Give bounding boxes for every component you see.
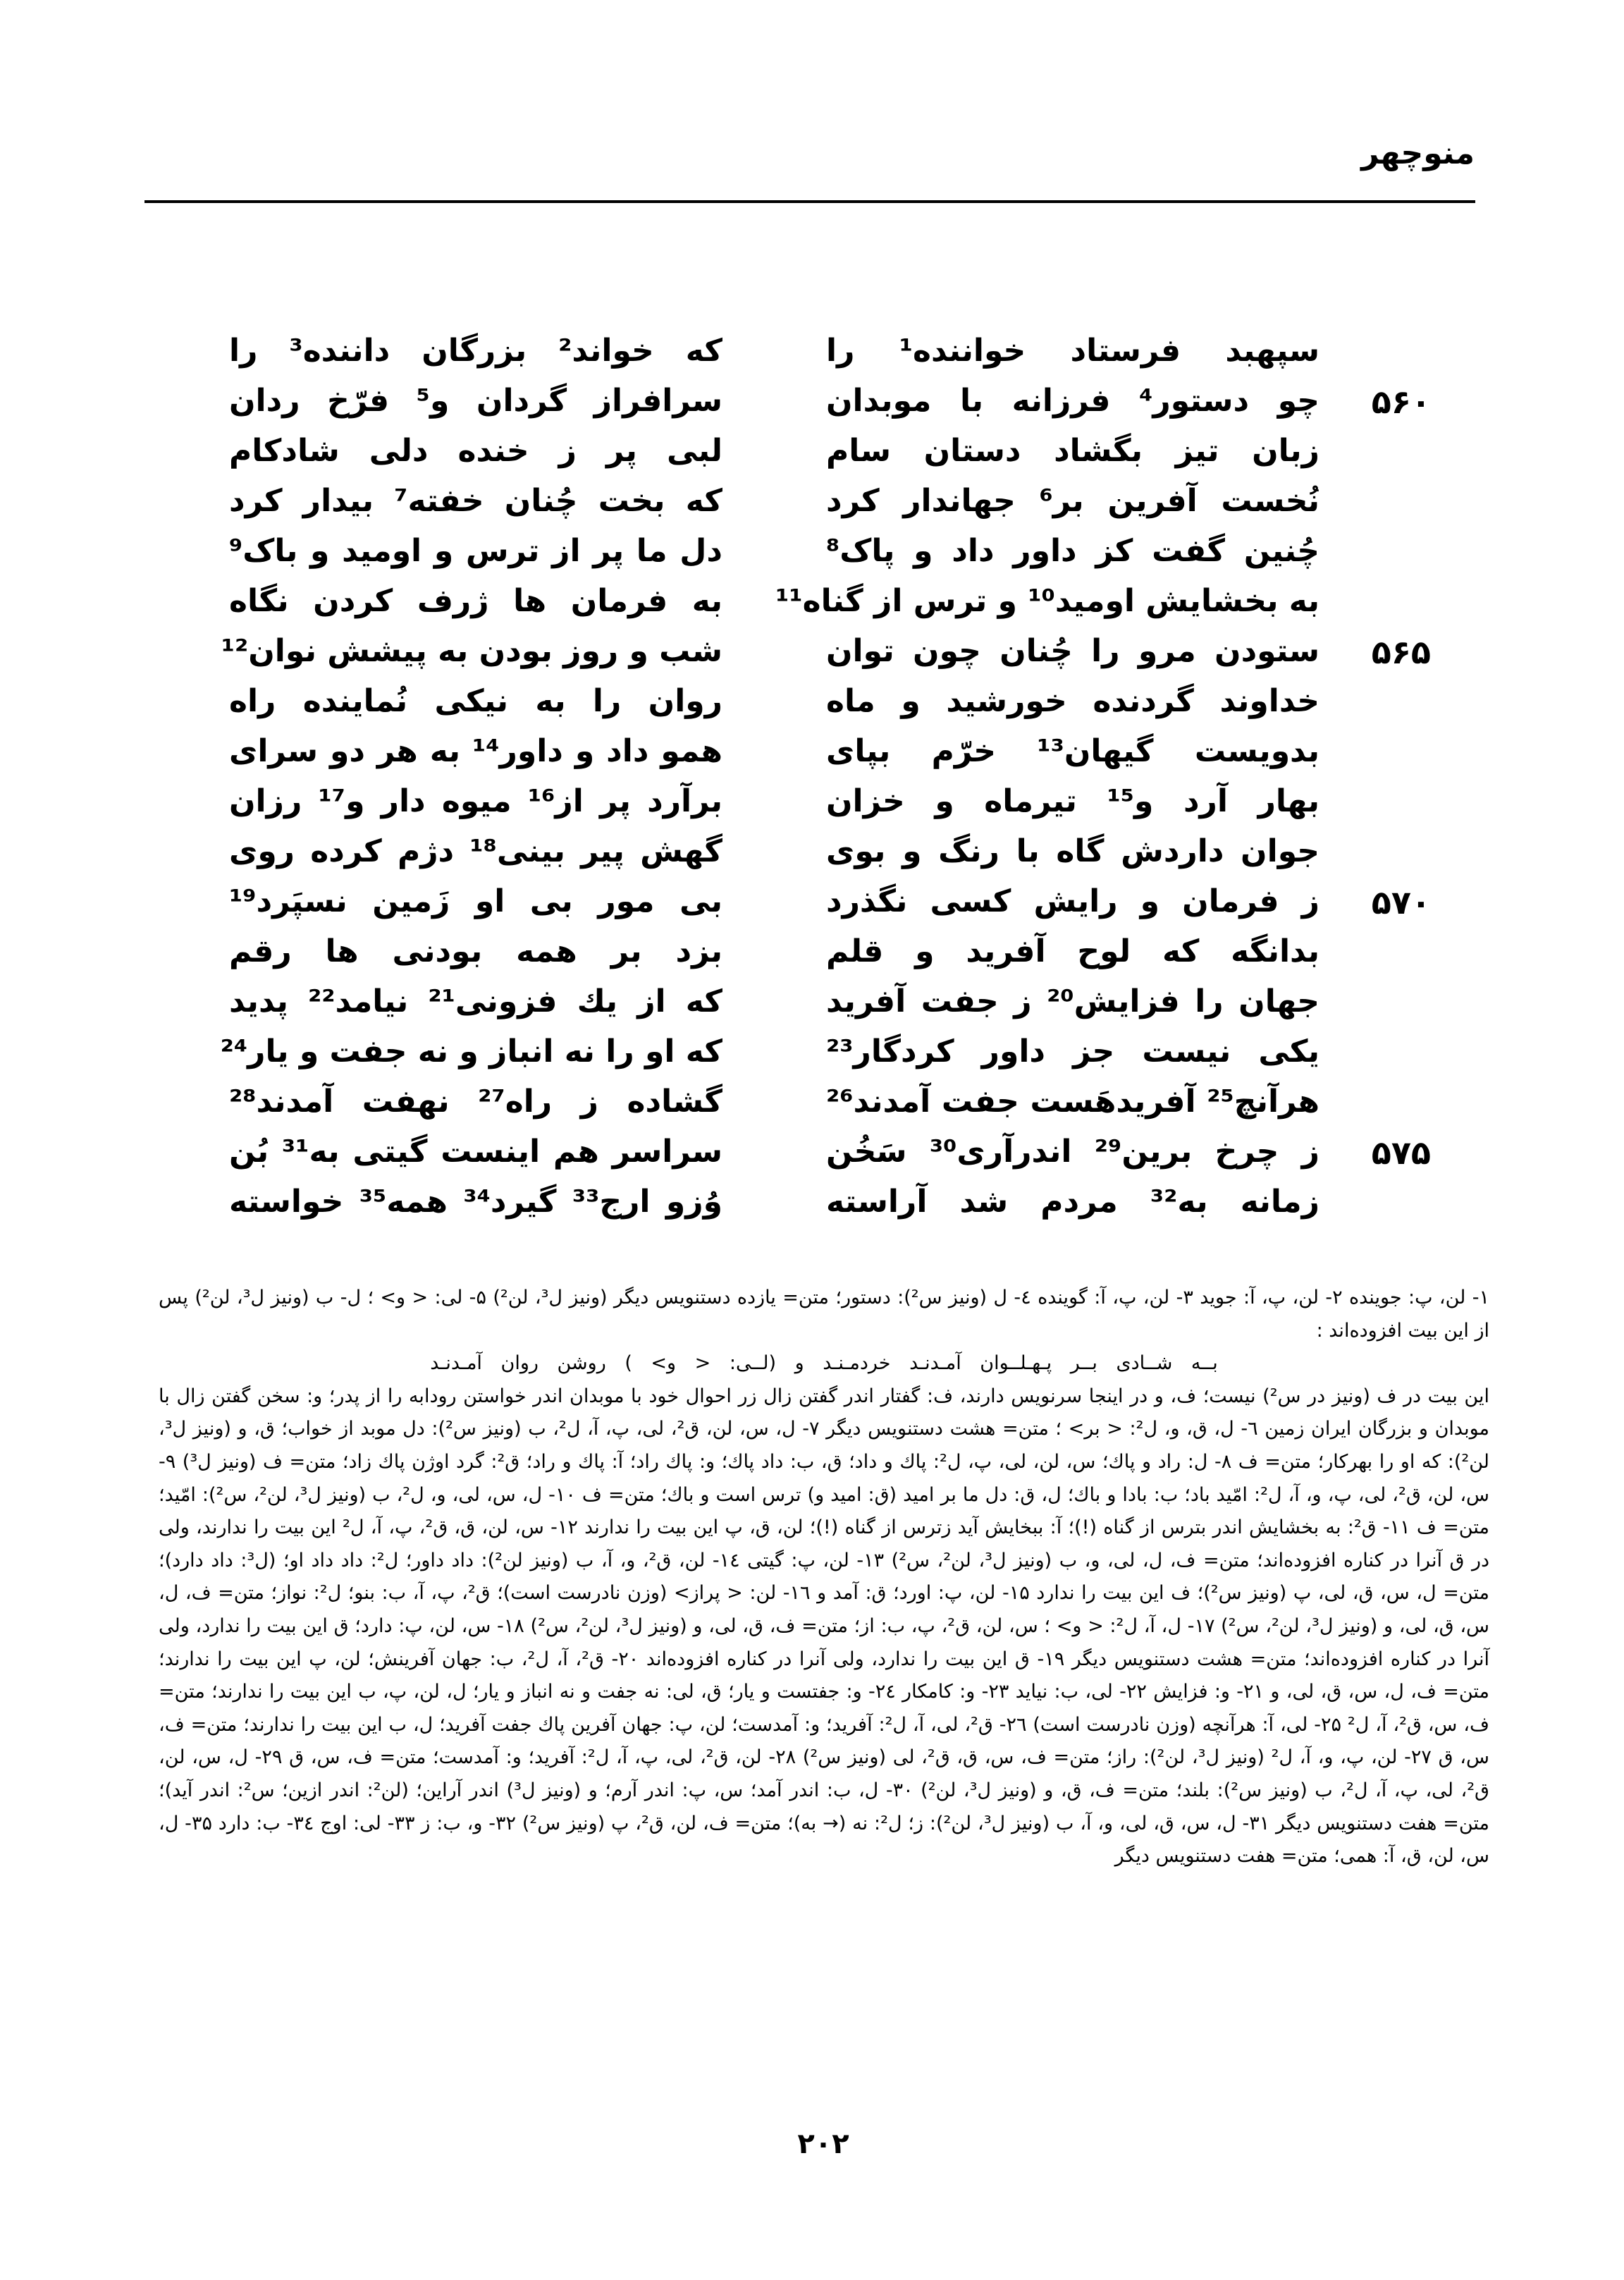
couplet: چُنین گفت کز داور داد و پاک⁸دل ما پر از … xyxy=(211,533,1431,583)
couplet: زبان تیز بگشاد دستان ساملبی پر ز خنده دل… xyxy=(211,433,1431,483)
second-hemistich: برآرد پر از¹⁶ میوه دار و¹⁷ رزان xyxy=(229,783,722,819)
couplet: بدانگه که لوح آفرید و قلمبزد بر همه بودن… xyxy=(211,933,1431,983)
first-hemistich: یکی نیست جز داور کردگار²³ xyxy=(826,1034,1319,1069)
second-hemistich: که خواند² بزرگان داننده³ را xyxy=(229,333,722,369)
page-number: ۲۰۲ xyxy=(795,2128,851,2160)
first-hemistich: چُنین گفت کز داور داد و پاک⁸ xyxy=(826,533,1319,569)
first-hemistich: زمانه به³² مردم شد آراسته xyxy=(826,1184,1319,1220)
second-hemistich: که او را نه انباز و نه جفت و یار²⁴ xyxy=(229,1034,722,1069)
couplet: سپهبد فرستاد خواننده¹ راکه خواند² بزرگان… xyxy=(211,333,1431,383)
second-hemistich: وُزو ارج³³ گیرد³⁴ همه³⁵ خواسته xyxy=(229,1184,722,1220)
first-hemistich: ستودن مرو را چُنان چون توان xyxy=(826,633,1319,669)
couplet: یکی نیست جز داور کردگار²³که او را نه انب… xyxy=(211,1034,1431,1084)
first-hemistich: نُخست آفرین بر⁶ جهاندار کرد xyxy=(826,483,1319,519)
verse-number: ۵۷۵ xyxy=(1353,1134,1431,1172)
couplet: ۵۶۵ستودن مرو را چُنان چون توانشب و روز ب… xyxy=(211,633,1431,683)
second-hemistich: سراسر هم اینست گیتی به³¹ بُن xyxy=(229,1134,722,1170)
couplet: خداوند گردنده خورشید و ماهروان را به نیک… xyxy=(211,683,1431,733)
couplet: جهان را فزایش²⁰ ز جفت آفریدکه از یك فزون… xyxy=(211,983,1431,1034)
first-hemistich: زبان تیز بگشاد دستان سام xyxy=(826,433,1319,469)
verse-number: ۵۷۰ xyxy=(1353,883,1431,921)
first-hemistich: خداوند گردنده خورشید و ماه xyxy=(826,683,1319,719)
couplet: جوان داردش گاه با رنگ و بویگهش پیر بینی¹… xyxy=(211,833,1431,883)
second-hemistich: لبی پر ز خنده دلی شادکام xyxy=(229,433,722,469)
header-rule xyxy=(144,200,1475,203)
verse-block: سپهبد فرستاد خواننده¹ راکه خواند² بزرگان… xyxy=(211,333,1431,1234)
second-hemistich: به فرمان ها ژرف کردن نگاه xyxy=(229,583,722,619)
second-hemistich: سرافراز گردان و⁵ فرّخ ردان xyxy=(229,383,722,419)
footnotes: ۱- لن، پ: جوینده ۲- لن، پ، آ: جوید ۳- لن… xyxy=(159,1282,1489,1873)
verse-number: ۵۶۰ xyxy=(1353,383,1431,421)
book-page: منوچهر سپهبد فرستاد خواننده¹ راکه خواند²… xyxy=(0,0,1624,2280)
couplet: ۵۷۰ز فرمان و رایش کسی نگذردبی مور بی او … xyxy=(211,883,1431,933)
second-hemistich: دل ما پر از ترس و اومید و باک⁹ xyxy=(229,533,722,569)
second-hemistich: که بخت چُنان خفته⁷ بیدار کرد xyxy=(229,483,722,519)
first-hemistich: هرآنچ²⁵ آفریدهَست جفت آمدند²⁶ xyxy=(826,1084,1319,1120)
first-hemistich: چو دستور⁴ فرزانه با موبدان xyxy=(826,383,1319,419)
couplet: هرآنچ²⁵ آفریدهَست جفت آمدند²⁶گشاده ز راه… xyxy=(211,1084,1431,1134)
couplet: نُخست آفرین بر⁶ جهاندار کردکه بخت چُنان … xyxy=(211,483,1431,533)
running-title: منوچهر xyxy=(1361,138,1475,169)
second-hemistich: گشاده ز راه²⁷ نهفت آمدند²⁸ xyxy=(229,1084,722,1120)
second-hemistich: که از یك فزونی²¹ نیامد²² پدید xyxy=(229,983,722,1019)
couplet: زمانه به³² مردم شد آراستهوُزو ارج³³ گیرد… xyxy=(211,1184,1431,1234)
couplet: به بخشایش اومید¹⁰ و ترس از گناه¹¹به فرما… xyxy=(211,583,1431,633)
verse-number: ۵۶۵ xyxy=(1353,633,1431,671)
second-hemistich: همو داد و داور¹⁴ به هر دو سرای xyxy=(229,733,722,769)
couplet: ۵۷۵ز چرخ برین²⁹ اندرآری³⁰ سَخُنسراسر هم … xyxy=(211,1134,1431,1184)
second-hemistich: بزد بر همه بودنی ها رقم xyxy=(229,933,722,969)
footnotes-part-2: این بیت در ف (ونیز در س²) نیست؛ ف، و در … xyxy=(159,1385,1489,1867)
first-hemistich: جوان داردش گاه با رنگ و بوی xyxy=(826,833,1319,869)
first-hemistich: به بخشایش اومید¹⁰ و ترس از گناه¹¹ xyxy=(826,583,1319,619)
couplet: ۵۶۰چو دستور⁴ فرزانه با موبدانسرافراز گرد… xyxy=(211,383,1431,433)
first-hemistich: بدانگه که لوح آفرید و قلم xyxy=(826,933,1319,969)
couplet: بدویست گیهان¹³ خرّم بپایهمو داد و داور¹⁴… xyxy=(211,733,1431,783)
second-hemistich: گهش پیر بینی¹⁸ دژم کرده روی xyxy=(229,833,722,869)
second-hemistich: شب و روز بودن به پیشش نوان¹² xyxy=(229,633,722,669)
first-hemistich: ز چرخ برین²⁹ اندرآری³⁰ سَخُن xyxy=(826,1134,1319,1170)
first-hemistich: بدویست گیهان¹³ خرّم بپای xyxy=(826,733,1319,769)
first-hemistich: ز فرمان و رایش کسی نگذرد xyxy=(826,883,1319,919)
footnotes-part-1: ۱- لن، پ: جوینده ۲- لن، پ، آ: جوید ۳- لن… xyxy=(159,1287,1489,1342)
footnote-inserted-verse: بــه شــادی بــر پـهـلــوان آمـدنـد خردم… xyxy=(159,1347,1489,1380)
couplet: بهار آرد و¹⁵ تیرماه و خزانبرآرد پر از¹⁶ … xyxy=(211,783,1431,833)
first-hemistich: جهان را فزایش²⁰ ز جفت آفرید xyxy=(826,983,1319,1019)
first-hemistich: بهار آرد و¹⁵ تیرماه و خزان xyxy=(826,783,1319,819)
second-hemistich: بی مور بی او زَمین نسپَرد¹⁹ xyxy=(229,883,722,919)
second-hemistich: روان را به نیکی نُماینده راه xyxy=(229,683,722,719)
first-hemistich: سپهبد فرستاد خواننده¹ را xyxy=(826,333,1319,369)
